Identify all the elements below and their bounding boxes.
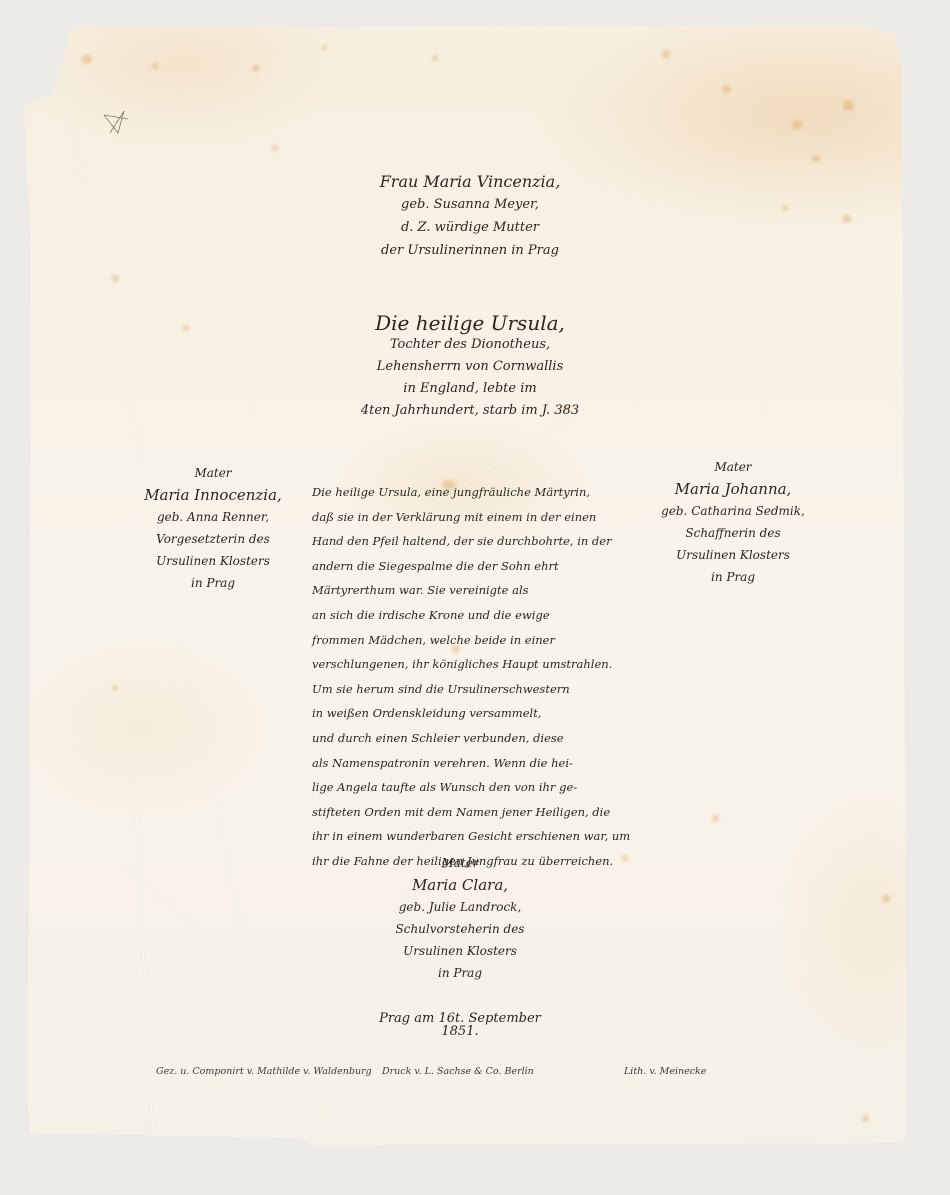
foxing-spot (322, 45, 327, 50)
foxing-spot (272, 145, 278, 151)
title-line: Lehensherrn von Cornwallis (300, 356, 640, 378)
imprint-printer: Druck v. L. Sachse & Co. Berlin (382, 1066, 534, 1077)
body-line: Märtyrerthum war. Sie vereinigte als (312, 578, 630, 603)
body-line: an sich die irdische Krone und die ewige (312, 603, 630, 628)
signatory-line: Mater (648, 456, 818, 478)
signatory-line: Ursulinen Klosters (648, 544, 818, 566)
body-line: frommen Mädchen, welche beide in einer (312, 628, 630, 653)
signatory-line: Ursulinen Klosters (350, 940, 570, 962)
signatory-line: geb. Anna Renner, (128, 506, 298, 528)
body-line: in weißen Ordenskleidung versammelt, (312, 701, 630, 726)
foxing-spot (712, 815, 719, 822)
foxing-spot (882, 895, 890, 903)
foxing-spot (862, 1115, 869, 1122)
body-line: und durch einen Schleier verbunden, dies… (312, 726, 630, 751)
signatory-line: Schaffnerin des (648, 522, 818, 544)
title-line: in England, lebte im (300, 378, 640, 400)
foxing-spot (842, 100, 854, 111)
foxing-spot (812, 155, 820, 162)
foxing-spot (112, 685, 118, 691)
body-line: lige Angela taufte als Wunsch den von ih… (312, 775, 630, 800)
foxing-spot (782, 205, 788, 211)
foxing-spot (112, 275, 119, 282)
foxing-spot (182, 325, 189, 331)
body-text: Die heilige Ursula, eine jungfräuliche M… (312, 480, 630, 874)
foxing-spot (792, 120, 802, 130)
dedication-block: Frau Maria Vincenzia, geb. Susanna Meyer… (300, 170, 640, 262)
left-signatory-block: Mater Maria Innocenzia, geb. Anna Renner… (128, 462, 298, 594)
foxing-spot (662, 50, 670, 58)
foxing-spot (722, 85, 731, 93)
date-line: Prag am 16t. September 1851. (360, 1012, 560, 1038)
dedication-line: der Ursulinerinnen in Prag (300, 239, 640, 262)
signatory-line: Maria Johanna, (648, 478, 818, 500)
dedication-line: geb. Susanna Meyer, (300, 193, 640, 216)
body-line: als Namenspatronin verehren. Wenn die he… (312, 751, 630, 776)
signatory-line: geb. Julie Landrock, (350, 896, 570, 918)
imprint-designer: Gez. u. Componirt v. Mathilde v. Waldenb… (156, 1066, 372, 1077)
body-line: stifteten Orden mit dem Namen jener Heil… (312, 800, 630, 825)
body-line: Hand den Pfeil haltend, der sie durchboh… (312, 529, 630, 554)
signatory-line: Mater (350, 852, 570, 874)
title-block: Die heilige Ursula, Tochter des Dionothe… (300, 312, 640, 422)
foxing-spot (842, 215, 851, 223)
title-line: 4ten Jahrhundert, starb im J. 383 (300, 400, 640, 422)
bottom-signatory-block: Mater Maria Clara, geb. Julie Landrock, … (350, 852, 570, 984)
foxing-spot (252, 65, 259, 72)
signatory-line: Ursulinen Klosters (128, 550, 298, 572)
title-line: Tochter des Dionotheus, (300, 334, 640, 356)
dedication-line: d. Z. würdige Mutter (300, 216, 640, 239)
body-line: verschlungenen, ihr königliches Haupt um… (312, 652, 630, 677)
pencil-star-mark (102, 109, 130, 137)
signatory-line: Maria Clara, (350, 874, 570, 896)
body-line: ihr in einem wunderbaren Gesicht erschie… (312, 824, 630, 849)
title-line: Die heilige Ursula, (300, 312, 640, 334)
foxing-spot (82, 55, 92, 64)
signatory-line: geb. Catharina Sedmik, (648, 500, 818, 522)
signatory-line: Schulvorsteherin des (350, 918, 570, 940)
foxing-spot (152, 63, 158, 69)
imprint-lithographer: Lith. v. Meinecke (624, 1066, 706, 1077)
scan-background: Frau Maria Vincenzia, geb. Susanna Meyer… (0, 0, 950, 1195)
signatory-line: Maria Innocenzia, (128, 484, 298, 506)
body-line: Die heilige Ursula, eine jungfräuliche M… (312, 480, 630, 505)
dedication-line: Frau Maria Vincenzia, (300, 170, 640, 193)
foxing-spot (432, 55, 438, 61)
signatory-line: Mater (128, 462, 298, 484)
signatory-line: in Prag (648, 566, 818, 588)
right-signatory-block: Mater Maria Johanna, geb. Catharina Sedm… (648, 456, 818, 588)
signatory-line: Vorgesetzterin des (128, 528, 298, 550)
signatory-line: in Prag (350, 962, 570, 984)
body-line: andern die Siegespalme die der Sohn ehrt (312, 554, 630, 579)
body-line: daß sie in der Verklärung mit einem in d… (312, 505, 630, 530)
signatory-line: in Prag (128, 572, 298, 594)
body-line: Um sie herum sind die Ursulinerschwester… (312, 677, 630, 702)
